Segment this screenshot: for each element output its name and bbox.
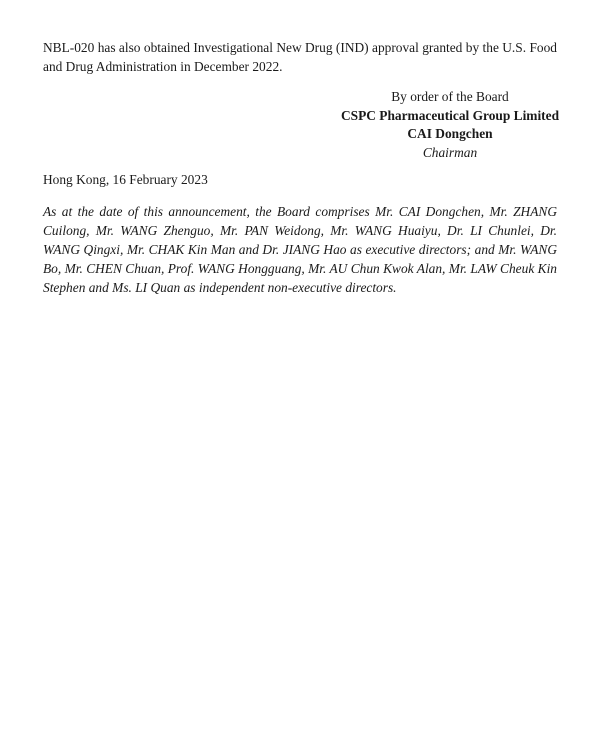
signature-name: CAI Dongchen xyxy=(330,125,570,144)
board-composition-statement: As at the date of this announcement, the… xyxy=(43,202,557,297)
signature-title: Chairman xyxy=(330,144,570,163)
place-and-date: Hong Kong, 16 February 2023 xyxy=(43,170,208,189)
signature-company: CSPC Pharmaceutical Group Limited xyxy=(330,107,570,126)
signature-order-line: By order of the Board xyxy=(330,88,570,107)
document-page: NBL-020 has also obtained Investigationa… xyxy=(0,0,594,729)
intro-paragraph: NBL-020 has also obtained Investigationa… xyxy=(43,38,557,76)
signature-block: By order of the Board CSPC Pharmaceutica… xyxy=(330,88,570,162)
